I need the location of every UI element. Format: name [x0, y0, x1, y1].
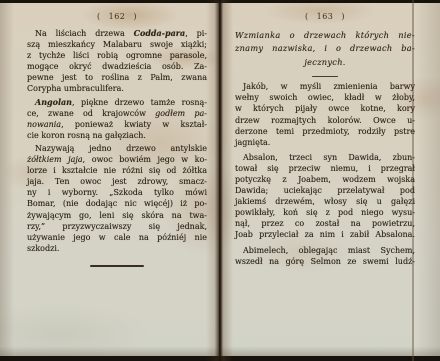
- right-page: ( 163 ) Wzmianka o drzewach których nie-…: [235, 3, 415, 356]
- text-line: Bomar, (nie dodając nic więcéj) iż po-: [27, 198, 207, 209]
- paragraph: Abimelech, oblegając miast Sychem,wszedł…: [235, 245, 415, 267]
- text-line: żywającym go, leni się skóra na twa-: [27, 210, 207, 221]
- text-line: ny i wyborny. „Szkoda tylko mówi: [27, 187, 207, 198]
- text-line: Abimelech, oblegając miast Sychem,: [235, 245, 415, 256]
- text-line: jagnięta.: [235, 137, 415, 148]
- text-line: Na liściach drzewa Codda-para, pi-: [27, 28, 207, 39]
- text-segment: , owoc bowiém jego w ko-: [83, 155, 207, 164]
- emphasized-text: nowania: [27, 120, 61, 129]
- text-line: derzone temi przedmioty, rodziły pstre: [235, 126, 415, 137]
- text-line: szą mieszkańcy Malabaru swoje xiążki;: [27, 39, 207, 50]
- text-line: pewne jest to roślina z Palm, zwana: [27, 72, 207, 83]
- text-segment: , ponieważ kwiaty w kształ-: [61, 120, 207, 129]
- text-line: żółtkiem jaja, owoc bowiém jego w ko-: [27, 154, 207, 165]
- chapter-heading: Wzmianka o drzewach których nie-znamy na…: [235, 29, 415, 69]
- text-line: tował się przeciw niemu, i przegrał: [235, 163, 415, 174]
- right-page-body: Wzmianka o drzewach których nie-znamy na…: [235, 29, 415, 267]
- page-number-right: ( 163 ): [235, 11, 415, 22]
- text-line: nowania, ponieważ kwiaty w kształ-: [27, 119, 207, 130]
- text-line: Absalon, trzeci syn Dawida, zbun-: [235, 152, 415, 163]
- text-line: w których pijały owce kotne, kory: [235, 103, 415, 114]
- text-line: jakiemś drzewém, włosy się u gałęzi: [235, 196, 415, 207]
- emphasized-text: godłem pa-: [155, 109, 207, 118]
- text-line: powikłały, koń się z pod niego wysu-: [235, 207, 415, 218]
- text-line: wszedł na górę Selmon ze swemi ludź-: [235, 256, 415, 267]
- text-line: używanie jego w cale na późniéj nie: [27, 232, 207, 243]
- text-line: Dawida; uciekając przelatywał pod: [235, 185, 415, 196]
- paragraph: Nazywają jedno drzewo antylskieżółtkiem …: [27, 143, 207, 254]
- book-scan-photo: ( 162 ) Na liściach drzewa Codda-para, p…: [0, 0, 440, 361]
- left-page: ( 162 ) Na liściach drzewa Codda-para, p…: [27, 3, 207, 356]
- text-line: wełny swoich owiec, kładł w żłoby,: [235, 92, 415, 103]
- paragraph: Na liściach drzewa Codda-para, pi-szą mi…: [27, 28, 207, 95]
- text-line: nął, przez co został na powietrzu,: [235, 218, 415, 229]
- emphasized-text: żółtkiem jaja: [27, 155, 83, 164]
- emphasized-text: Angolan: [35, 97, 72, 107]
- text-line: jecznych.: [235, 56, 415, 69]
- page-number-left: ( 162 ): [27, 11, 207, 22]
- text-line: lorze i kształcie nie różni się od żółtk…: [27, 165, 207, 176]
- left-page-body: Na liściach drzewa Codda-para, pi-szą mi…: [27, 28, 207, 267]
- text-line: Nazywają jedno drzewo antylskie: [27, 143, 207, 154]
- paragraph: Angolan, piękne drzewo tamże rosną-ce, z…: [27, 97, 207, 141]
- text-line: Corypha umbraculifera.: [27, 83, 207, 94]
- text-line: potyczkę z Joabem, wodzem wojska: [235, 174, 415, 185]
- paragraph: Jakób, w myśli zmienienia barwywełny swo…: [235, 81, 415, 148]
- text-line: Joab przyleciał za nim i zabił Absalona.: [235, 229, 415, 240]
- text-segment: Na liściach drzewa: [35, 29, 134, 38]
- text-line: drzew rozmajtych kolorów. Owce u-: [235, 115, 415, 126]
- text-line: z tychże liści robią ogromne parasole,: [27, 50, 207, 61]
- text-line: Jakób, w myśli zmienienia barwy: [235, 81, 415, 92]
- text-segment: ce, zwane od krajowców: [27, 109, 155, 118]
- text-line: jaja. Ten owoc jest zdrowy, smacz-: [27, 176, 207, 187]
- paragraph: Absalon, trzeci syn Dawida, zbun-tował s…: [235, 152, 415, 241]
- emphasized-text: Codda-para: [134, 28, 186, 38]
- text-line: szkodzi.: [27, 243, 207, 254]
- text-line: rzy,” przyzwyczaiwszy się jednak,: [27, 221, 207, 232]
- section-divider: [90, 265, 144, 267]
- text-line: cie koron rosną na gałęziach.: [27, 130, 207, 141]
- text-line: mogące okryć dwadzieścia osób. Za-: [27, 61, 207, 72]
- page-right-edge: [414, 3, 440, 356]
- book-gutter-shadow: [206, 0, 233, 361]
- text-segment: , piękne drzewo tamże rosną-: [72, 98, 207, 107]
- left-edge-shadow: [0, 3, 14, 356]
- text-line: Angolan, piękne drzewo tamże rosną-: [27, 97, 207, 108]
- text-line: ce, zwane od krajowców godłem pa-: [27, 108, 207, 119]
- text-line: Wzmianka o drzewach których nie-: [235, 29, 415, 42]
- text-line: znamy nazwiska, i o drzewach ba-: [235, 42, 415, 55]
- heading-divider: [312, 76, 338, 77]
- text-segment: , pi-: [185, 29, 207, 38]
